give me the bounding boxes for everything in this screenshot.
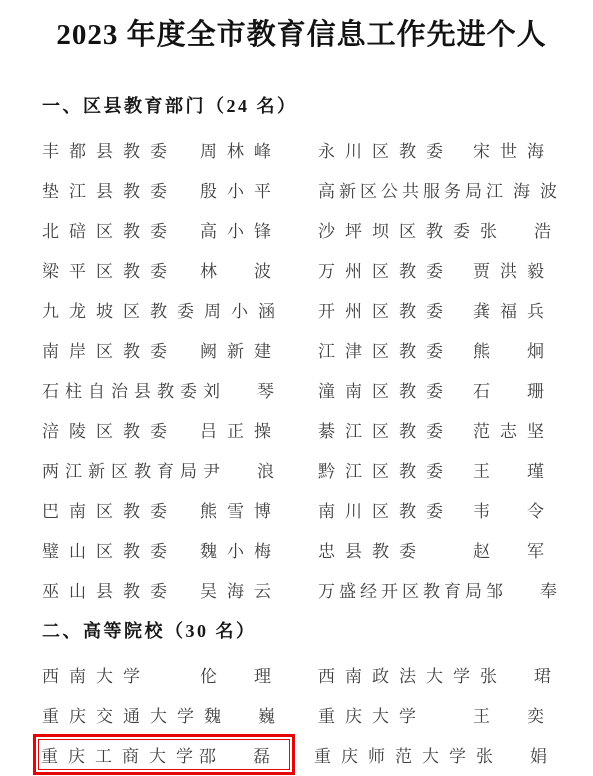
entry: 永川区教委宋世海 bbox=[318, 137, 573, 162]
org-name: 万州区教委 bbox=[318, 257, 473, 282]
document-page: 2023 年度全市教育信息工作先进个人 一、区县教育部门（24 名） 丰都县教委… bbox=[0, 0, 593, 776]
entry: 万州区教委贾洪毅 bbox=[318, 257, 573, 282]
org-name: 重庆师范大学 bbox=[314, 742, 476, 767]
entry: 两江新区教育局尹 浪 bbox=[42, 457, 318, 482]
entry: 丰都县教委周林峰 bbox=[42, 137, 318, 162]
person-name: 贾洪毅 bbox=[473, 257, 561, 282]
org-name: 九龙坡区教委 bbox=[42, 297, 204, 322]
person-name: 江海波 bbox=[486, 177, 574, 202]
table-row: 涪陵区教委吕正操 綦江区教委范志坚 bbox=[42, 409, 573, 449]
section-2-rows: 西南大学伦 理 西南政法大学张 珺 重庆交通大学魏 巍 重庆大学王 奕 重庆工商… bbox=[42, 654, 573, 774]
entry: 綦江区教委范志坚 bbox=[318, 417, 573, 442]
table-row: 石柱自治县教委刘 琴 潼南区教委石 珊 bbox=[42, 369, 573, 409]
table-row: 两江新区教育局尹 浪 黔江区教委王 瑾 bbox=[42, 449, 573, 489]
table-row: 九龙坡区教委周小涵 开州区教委龚福兵 bbox=[42, 289, 573, 329]
table-row: 垫江县教委殷小平 高新区公共服务局江海波 bbox=[42, 169, 573, 209]
org-name: 南川区教委 bbox=[318, 497, 473, 522]
entry: 高新区公共服务局江海波 bbox=[318, 177, 574, 202]
table-row: 南岸区教委阙新建 江津区教委熊 炯 bbox=[42, 329, 573, 369]
section-heading-higher-education: 二、高等院校（30 名） bbox=[42, 619, 573, 643]
entry: 万盛经开区教育局邹 奉 bbox=[318, 577, 574, 602]
entry: 巴南区教委熊雪博 bbox=[42, 497, 318, 522]
entry: 九龙坡区教委周小涵 bbox=[42, 297, 318, 322]
entry: 沙坪坝区教委张 浩 bbox=[318, 217, 573, 242]
table-row: 西南大学伦 理 西南政法大学张 珺 bbox=[42, 654, 573, 694]
entry: 垫江县教委殷小平 bbox=[42, 177, 318, 202]
entry: 重庆交通大学魏 巍 bbox=[42, 702, 318, 727]
person-name: 王 瑾 bbox=[473, 457, 561, 482]
entry: 黔江区教委王 瑾 bbox=[318, 457, 573, 482]
org-name: 南岸区教委 bbox=[42, 337, 200, 362]
org-name: 两江新区教育局 bbox=[42, 457, 203, 482]
person-name: 赵 军 bbox=[473, 537, 561, 562]
person-name: 张 浩 bbox=[480, 217, 568, 242]
person-name: 范志坚 bbox=[473, 417, 561, 442]
org-name: 忠县教委 bbox=[318, 537, 473, 562]
org-name: 黔江区教委 bbox=[318, 457, 473, 482]
person-name: 龚福兵 bbox=[473, 297, 561, 322]
person-name: 林 波 bbox=[200, 257, 288, 282]
org-name: 西南政法大学 bbox=[318, 662, 480, 687]
person-name: 阙新建 bbox=[200, 337, 288, 362]
org-name: 石柱自治县教委 bbox=[42, 377, 203, 402]
entry: 江津区教委熊 炯 bbox=[318, 337, 573, 362]
table-row: 丰都县教委周林峰 永川区教委宋世海 bbox=[42, 129, 573, 169]
highlight-box: 重庆工商大学邵 磊 bbox=[38, 739, 290, 770]
entry: 璧山区教委魏小梅 bbox=[42, 537, 318, 562]
org-name: 北碚区教委 bbox=[42, 217, 200, 242]
entry: 开州区教委龚福兵 bbox=[318, 297, 573, 322]
org-name: 璧山区教委 bbox=[42, 537, 200, 562]
person-name: 熊雪博 bbox=[200, 497, 288, 522]
entry: 梁平区教委林 波 bbox=[42, 257, 318, 282]
person-name: 魏 巍 bbox=[204, 702, 292, 727]
entry: 潼南区教委石 珊 bbox=[318, 377, 573, 402]
section-heading-district-departments: 一、区县教育部门（24 名） bbox=[42, 94, 573, 118]
person-name: 熊 炯 bbox=[473, 337, 561, 362]
org-name: 巫山县教委 bbox=[42, 577, 200, 602]
entry: 重庆师范大学张 娟 bbox=[314, 742, 573, 767]
entry: 南川区教委韦 令 bbox=[318, 497, 573, 522]
entry: 巫山县教委吴海云 bbox=[42, 577, 318, 602]
table-row: 巫山县教委吴海云 万盛经开区教育局邹 奉 bbox=[42, 569, 573, 609]
table-row: 重庆交通大学魏 巍 重庆大学王 奕 bbox=[42, 694, 573, 734]
person-name: 吴海云 bbox=[200, 577, 288, 602]
entry: 西南政法大学张 珺 bbox=[318, 662, 573, 687]
person-name: 张 珺 bbox=[480, 662, 568, 687]
org-name: 万盛经开区教育局 bbox=[318, 577, 486, 602]
entry: 重庆大学王 奕 bbox=[318, 702, 573, 727]
table-row: 北碚区教委高小锋 沙坪坝区教委张 浩 bbox=[42, 209, 573, 249]
person-name: 石 珊 bbox=[473, 377, 561, 402]
org-name: 永川区教委 bbox=[318, 137, 473, 162]
org-name: 潼南区教委 bbox=[318, 377, 473, 402]
org-name: 开州区教委 bbox=[318, 297, 473, 322]
page-title: 2023 年度全市教育信息工作先进个人 bbox=[30, 0, 573, 53]
org-name: 梁平区教委 bbox=[42, 257, 200, 282]
entry: 北碚区教委高小锋 bbox=[42, 217, 318, 242]
person-name: 殷小平 bbox=[200, 177, 288, 202]
org-name: 綦江区教委 bbox=[318, 417, 473, 442]
entry: 石柱自治县教委刘 琴 bbox=[42, 377, 318, 402]
entry: 忠县教委赵 军 bbox=[318, 537, 573, 562]
org-name: 重庆交通大学 bbox=[42, 702, 204, 727]
org-name: 沙坪坝区教委 bbox=[318, 217, 480, 242]
entry: 涪陵区教委吕正操 bbox=[42, 417, 318, 442]
org-name: 重庆大学 bbox=[318, 702, 473, 727]
org-name: 重庆工商大学 bbox=[41, 742, 199, 767]
person-name: 邵 磊 bbox=[199, 742, 283, 767]
entry: 南岸区教委阙新建 bbox=[42, 337, 318, 362]
person-name: 吕正操 bbox=[200, 417, 288, 442]
org-name: 西南大学 bbox=[42, 662, 200, 687]
entry: 西南大学伦 理 bbox=[42, 662, 318, 687]
person-name: 王 奕 bbox=[473, 702, 561, 727]
table-row: 重庆工商大学邵 磊 重庆师范大学张 娟 bbox=[42, 734, 573, 774]
org-name: 垫江县教委 bbox=[42, 177, 200, 202]
person-name: 尹 浪 bbox=[203, 457, 291, 482]
person-name: 伦 理 bbox=[200, 662, 288, 687]
person-name: 周小涵 bbox=[204, 297, 292, 322]
person-name: 张 娟 bbox=[476, 742, 564, 767]
person-name: 刘 琴 bbox=[203, 377, 291, 402]
person-name: 周林峰 bbox=[200, 137, 288, 162]
person-name: 高小锋 bbox=[200, 217, 288, 242]
org-name: 涪陵区教委 bbox=[42, 417, 200, 442]
org-name: 巴南区教委 bbox=[42, 497, 200, 522]
table-row: 巴南区教委熊雪博 南川区教委韦 令 bbox=[42, 489, 573, 529]
org-name: 江津区教委 bbox=[318, 337, 473, 362]
person-name: 宋世海 bbox=[473, 137, 561, 162]
table-row: 梁平区教委林 波 万州区教委贾洪毅 bbox=[42, 249, 573, 289]
org-name: 高新区公共服务局 bbox=[318, 177, 486, 202]
section-1-rows: 丰都县教委周林峰 永川区教委宋世海 垫江县教委殷小平 高新区公共服务局江海波 北… bbox=[42, 129, 573, 609]
org-name: 丰都县教委 bbox=[42, 137, 200, 162]
person-name: 韦 令 bbox=[473, 497, 561, 522]
table-row: 璧山区教委魏小梅 忠县教委赵 军 bbox=[42, 529, 573, 569]
person-name: 魏小梅 bbox=[200, 537, 288, 562]
person-name: 邹 奉 bbox=[486, 577, 574, 602]
